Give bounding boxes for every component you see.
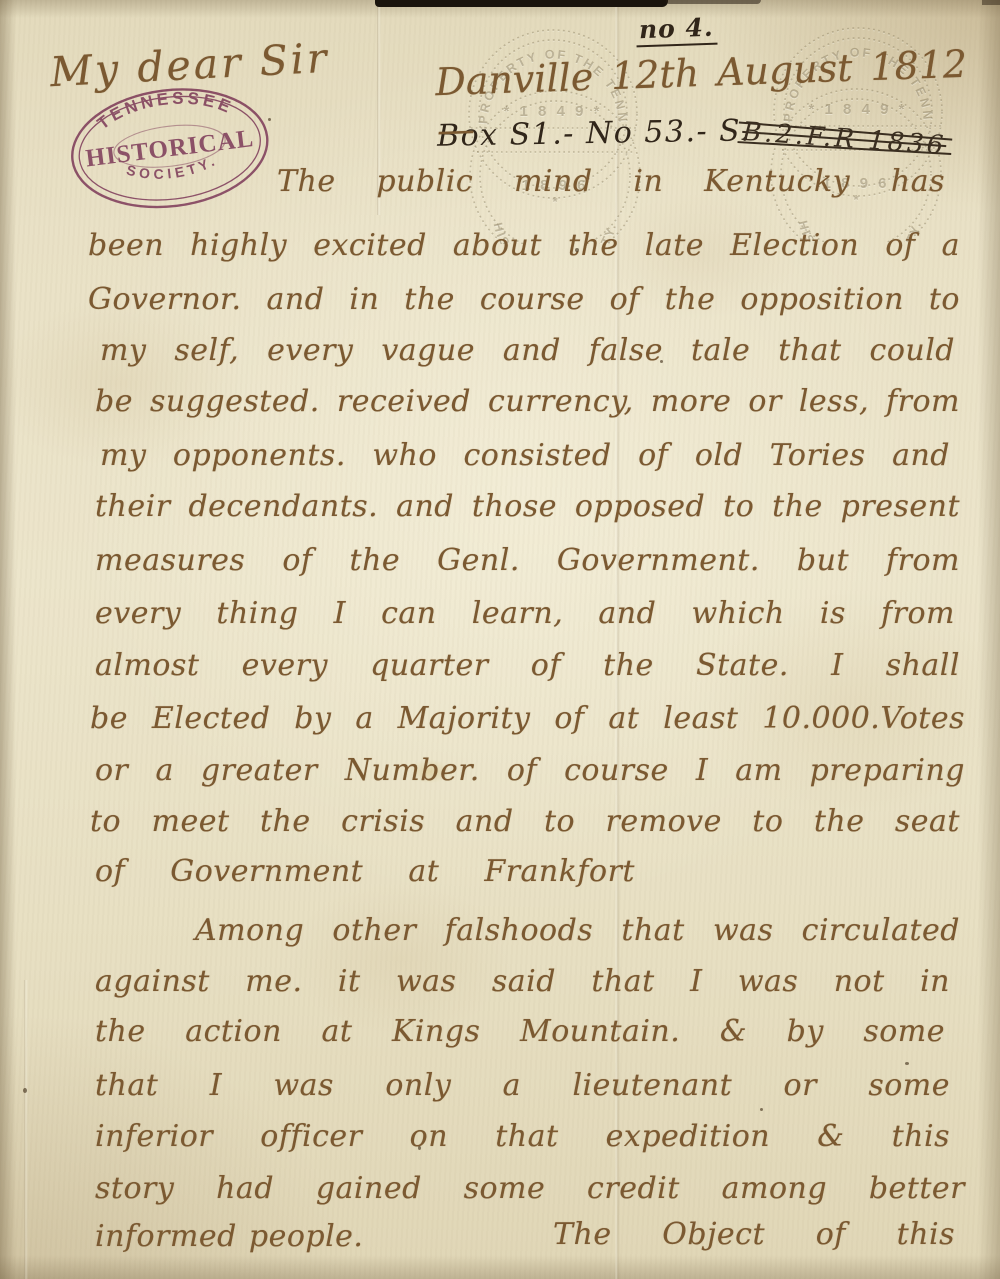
letter-line: almost every quarter of the State. I sha…: [95, 647, 960, 685]
torn-edge-dark-strip-3: [982, 0, 1000, 5]
letter-line: my self, every vague and false tale that…: [100, 332, 955, 370]
letter-line: The Object of this: [553, 1216, 955, 1254]
letter-line: The public mind in Kentucky has: [277, 163, 945, 201]
ink-speck: [905, 1062, 909, 1065]
letter-line: that I was only a lieutenant or some: [95, 1067, 950, 1105]
fold-crease-bottom: [24, 980, 28, 1279]
ink-speck: [268, 118, 271, 121]
letter-line: against me. it was said that I was not i…: [95, 963, 950, 1001]
letter-line: be Elected by a Majority of at least 10.…: [90, 700, 965, 738]
torn-edge-dark-strip-2: [666, 0, 761, 4]
ink-speck: [23, 1088, 27, 1093]
letter-line: the action at Kings Mountain. & by some: [95, 1013, 945, 1051]
ink-speck: [660, 360, 663, 363]
letter-line: of Government at Frankfort: [95, 853, 635, 891]
letter-line: inferior officer on that expedition & th…: [95, 1118, 950, 1156]
letter-line: to meet the crisis and to remove to the …: [90, 803, 960, 841]
torn-edge-dark-strip: [375, 0, 668, 7]
letter-line: been highly excited about the late Elect…: [88, 227, 960, 265]
letter-line: my opponents. who consisted of old Torie…: [100, 437, 950, 475]
salutation: My dear Sir: [49, 33, 331, 99]
page-number-annotation: no 4.: [635, 13, 717, 48]
letter-line: informed people.: [95, 1218, 363, 1256]
letter-line: Among other falshoods that was circulate…: [195, 912, 960, 950]
letter-line: measures of the Genl. Government. but fr…: [95, 542, 960, 580]
letter-line: be suggested. received currency, more or…: [95, 383, 960, 421]
letter-line: every thing I can learn, and which is fr…: [95, 595, 955, 633]
letter-page: PROPERTY OF THE TENN * 1 8 4 9 * 1 8 9 6…: [0, 0, 1000, 1279]
ink-speck: [760, 1108, 763, 1111]
letter-line: their decendants. and those opposed to t…: [95, 488, 960, 526]
ink-speck: [575, 248, 579, 252]
letter-line: Governor. and in the course of the oppos…: [88, 281, 960, 319]
ink-speck: [418, 1146, 421, 1150]
letter-line: or a greater Number. of course I am prep…: [95, 752, 965, 790]
dateline: Danville 12th August 1812 —: [435, 41, 970, 155]
letter-line: story had gained some credit among bette…: [95, 1170, 965, 1208]
